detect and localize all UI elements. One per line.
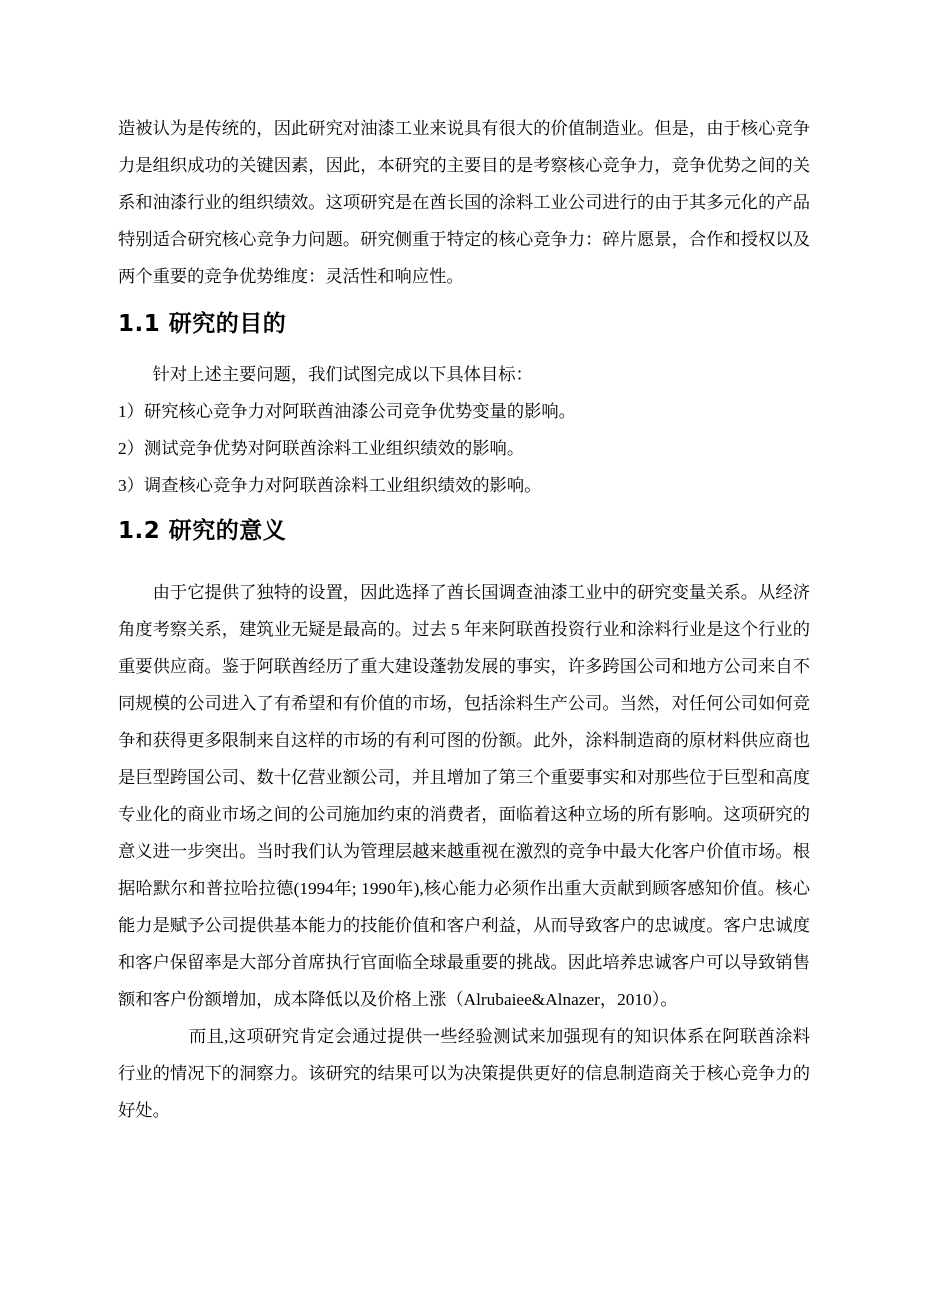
objective-item-1: 1）研究核心竞争力对阿联酋油漆公司竞争优势变量的影响。 — [118, 393, 810, 430]
section-1-1-heading: 1.1 研究的目的 — [118, 309, 810, 339]
objective-item-2: 2）测试竞争优势对阿联酋涂料工业组织绩效的影响。 — [118, 430, 810, 467]
document-page: 造被认为是传统的，因此研究对油漆工业来说具有很大的价值制造业。但是，由于核心竞争… — [0, 0, 926, 1309]
objectives-lead: 针对上述主要问题，我们试图完成以下具体目标： — [118, 356, 810, 393]
significance-paragraph-2: 而且,这项研究肯定会通过提供一些经验测试来加强现有的知识体系在阿联酋涂料行业的情… — [118, 1018, 810, 1129]
section-1-2-heading: 1.2 研究的意义 — [118, 516, 810, 546]
objective-item-3: 3）调查核心竞争力对阿联酋涂料工业组织绩效的影响。 — [118, 467, 810, 504]
significance-paragraph-1: 由于它提供了独特的设置，因此选择了酋长国调查油漆工业中的研究变量关系。从经济角度… — [118, 574, 810, 1018]
page-content: 造被认为是传统的，因此研究对油漆工业来说具有很大的价值制造业。但是，由于核心竞争… — [118, 110, 810, 1129]
objectives-block: 针对上述主要问题，我们试图完成以下具体目标： 1）研究核心竞争力对阿联酋油漆公司… — [118, 356, 810, 504]
intro-paragraph: 造被认为是传统的，因此研究对油漆工业来说具有很大的价值制造业。但是，由于核心竞争… — [118, 110, 810, 295]
